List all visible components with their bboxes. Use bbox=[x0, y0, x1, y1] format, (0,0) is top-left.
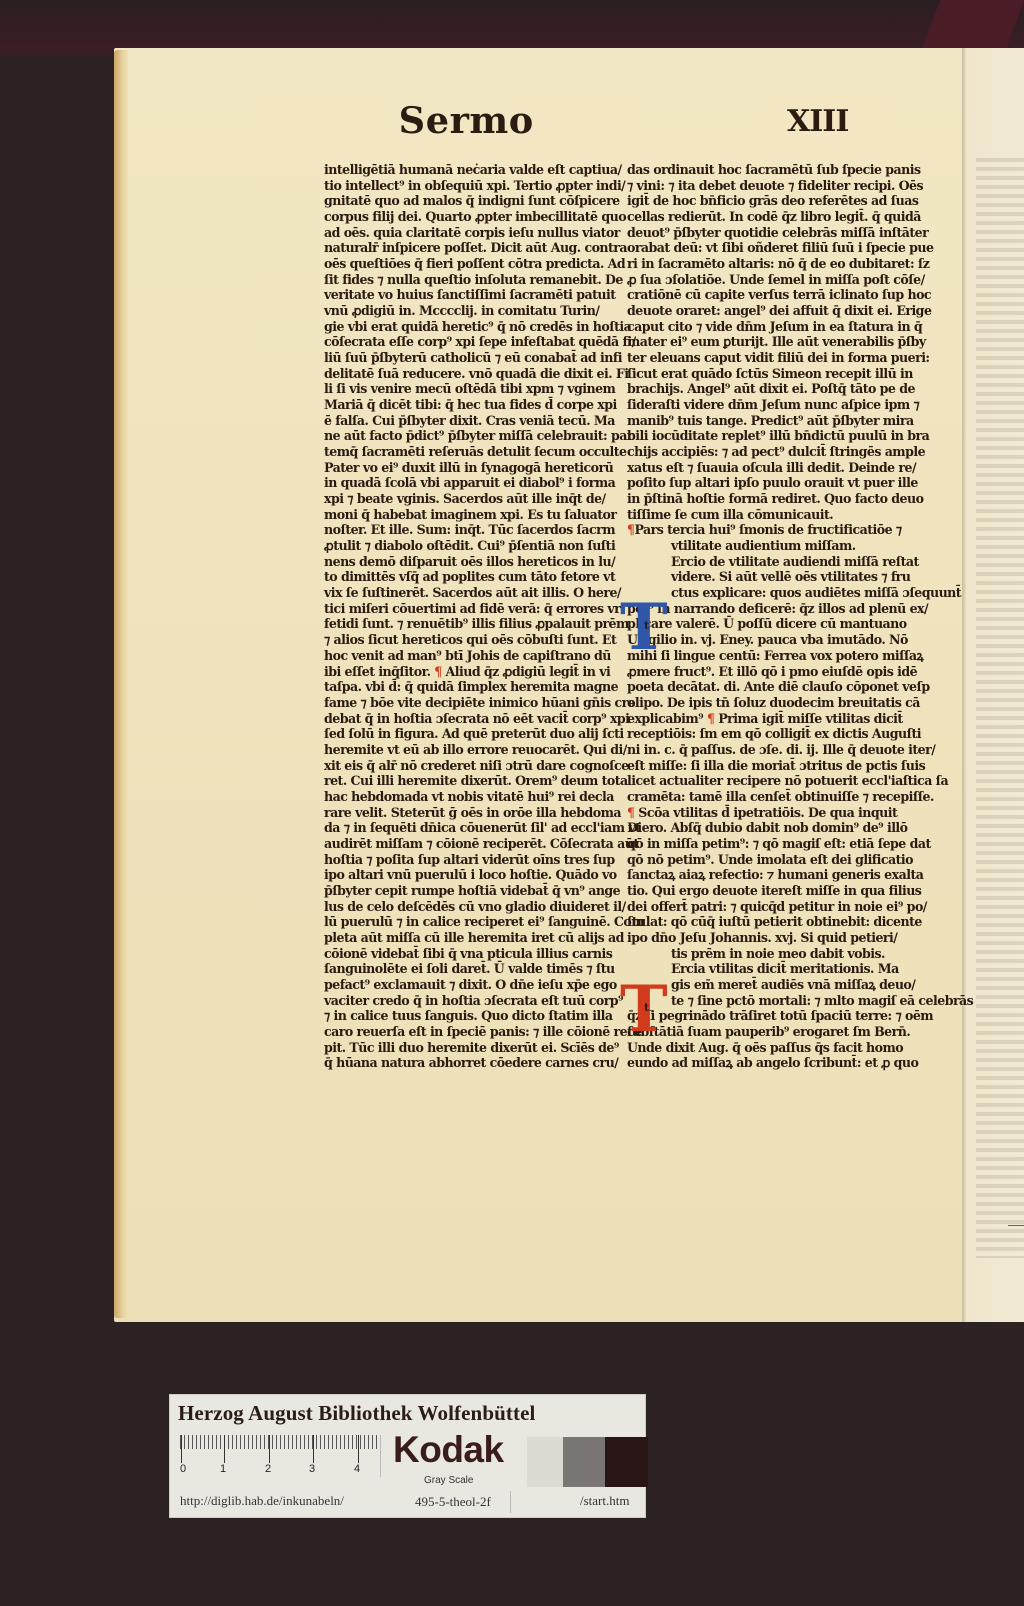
text-line: ni in. c. q̄ paſſus. de ɔſe. di. ij. Ill… bbox=[627, 742, 927, 758]
guide-letter: t bbox=[644, 620, 649, 631]
ruler-number: 3 bbox=[309, 1463, 315, 1475]
text-line: ¶ Scōa vtilitas d̄ ipetratiōis. De qua i… bbox=[627, 805, 927, 821]
divider bbox=[510, 1491, 511, 1513]
gray-patch-dark bbox=[605, 1437, 648, 1487]
text-line: xit eis q̄ alr̄ nō crederet niſi ɔtrū da… bbox=[324, 758, 604, 774]
text-line: caput cito ⁊ vide dn̄m Jeſum in ea ſtatu… bbox=[627, 319, 927, 335]
text-line: brachijs. Angel⁹ aūt dixit ei. Poſtq̄ tā… bbox=[627, 381, 927, 397]
text-line: deuot⁹ p̄ſbyter quotidie celebrās miſſā … bbox=[627, 225, 927, 241]
text-line: Mariā q̄ dicēt tibi: q̄ hec tua fides d̄… bbox=[324, 397, 604, 413]
text-line: fame ⁊ bōe vite decipiēte inimico hūani … bbox=[324, 695, 604, 711]
gray-scale-label: Gray Scale bbox=[424, 1475, 473, 1486]
text-line: vix ſe ſuſtinerēt. Sacerdos aūt ait illi… bbox=[324, 585, 604, 601]
ruler-ticks bbox=[180, 1435, 380, 1449]
gray-patch-mid bbox=[563, 1437, 605, 1487]
text-line: veritate vo huius ſanctiſſimi ſacramēti … bbox=[324, 287, 604, 303]
text-line: Uirgilio in. vj. Eney. pauca vba imutādo… bbox=[627, 632, 927, 648]
shelfmark: 495-5-theol-2f bbox=[415, 1494, 491, 1510]
text-line: tici miſeri cōuertimi ad fidē verā: q̄ e… bbox=[324, 601, 604, 617]
text-line: ſanguinolēte ei ſoli daret̄. Ū valde tim… bbox=[324, 961, 604, 977]
text-line: cōionē videbat̄ ſibi q̄ vna pticula illi… bbox=[324, 946, 604, 962]
text-line: Ercia vtilitas dicit̄ meritationis. Ma bbox=[627, 961, 927, 977]
text-line: moni q̄ habebat imaginem xpi. Es tu ſalu… bbox=[324, 507, 604, 523]
text-line: taſpa. vbi d̄: q̄ quidā ſimplex heremita… bbox=[324, 679, 604, 695]
text-line: gie vbi erat quidā heretic⁹ q̄ nō credēs… bbox=[324, 319, 604, 335]
text-line: poſito ſup altari ipſo puulo orauit vt p… bbox=[627, 475, 927, 491]
text-line: audirēt miſſam ⁊ cōionē reciperēt. Cōſec… bbox=[324, 836, 604, 852]
text-line: nens demō diſparuit oēs illos hereticos … bbox=[324, 554, 604, 570]
text-line: ⁊ vini: ⁊ ita debet deuote ⁊ fideliter r… bbox=[627, 178, 927, 194]
text-line: cratiōnē cū capite verſus terrā iclinato… bbox=[627, 287, 927, 303]
text-line: gnitatē quo ad malos q̄ indigni ſunt cōſ… bbox=[324, 193, 604, 209]
text-line: explicabim⁹ ¶ Prima igit̄ miſſe vtilitas… bbox=[627, 711, 927, 727]
text-line: oēs queſtiōes q̄ fieri poſſent cōtra pre… bbox=[324, 256, 604, 272]
text-line: ctus explicare: quos audiētes miſſā ɔſeq… bbox=[627, 585, 927, 601]
text-line: da ⁊ in ſequēti dn̄ica cōuenerūt ſil' ad… bbox=[324, 820, 604, 836]
text-line: eſt miſſe: ſi illa die moriat̄ ɔtritus d… bbox=[627, 758, 927, 774]
text-line: ne aūt facto p̄dict⁹ p̄ſbyter miſſā cele… bbox=[324, 428, 604, 444]
text-line: das ordinauit hoc ſacramētū ſub ſpecie p… bbox=[627, 162, 927, 178]
text-line: licet actualiter recipere nō potuerit ec… bbox=[627, 773, 927, 789]
ruler-number: 1 bbox=[220, 1463, 226, 1475]
text-line: ipo altari vnū puerulū i loco hoſtie. Qu… bbox=[324, 867, 604, 883]
text-line: ibi eſſet inq̄ſitor. ¶ Aliud q̄z ꝓdigiū … bbox=[324, 664, 604, 680]
pencil-mark bbox=[1008, 1225, 1024, 1226]
left-column: intelligētiā humanā neċaria valde eſt ca… bbox=[324, 162, 604, 1071]
text-line: mihi ſi lingue centū: Ferrea vox potero … bbox=[627, 648, 927, 664]
text-line: vnū ꝓdigiū in. Mcccclij. in comitatu Tur… bbox=[324, 303, 604, 319]
text-line: ſanctaꝝ aiaꝝ refectio: ⁊ humani generis … bbox=[627, 867, 927, 883]
text-line: q̄ hūana natura abhorret cōedere carnes … bbox=[324, 1055, 604, 1071]
text-line: olipo. De ipis tn̄ ſoluz duodecim breuit… bbox=[627, 695, 927, 711]
color-target-card: Herzog August Bibliothek Wolfenbüttel 0 … bbox=[169, 1394, 646, 1518]
ruler-number: 0 bbox=[180, 1463, 186, 1475]
url-base: http://diglib.hab.de/inkunabeln/ bbox=[180, 1493, 344, 1509]
kodak-logo: Kodak bbox=[393, 1429, 504, 1471]
text-line: cōſecrata eſſe corp⁹ xpi ſepe infeſtabat… bbox=[324, 334, 604, 350]
text-line: bili iocūditate replet⁹ illū bn̄dictū pu… bbox=[627, 428, 927, 444]
text-line: pefact⁹ exclamauit ⁊ dixit. O dn̄e ieſu … bbox=[324, 977, 604, 993]
text-line: lus de celo deſcēdēs cū vno gladio diuid… bbox=[324, 899, 604, 915]
text-line: qō nō petim⁹. Unde imolata eſt dei glifi… bbox=[627, 852, 927, 868]
card-footer: http://diglib.hab.de/inkunabeln/ 495-5-t… bbox=[170, 1487, 645, 1517]
text-line: gis em̄ meret̄ audiēs vnā miſſaꝝ deuo/ bbox=[627, 977, 927, 993]
url-end: /start.htm bbox=[580, 1493, 629, 1509]
text-line: receptiōis: ſm em qō colligit̄ ex dictis… bbox=[627, 726, 927, 742]
facing-page-edge bbox=[966, 48, 1024, 1322]
text-line: pot⁹ in narrando deficerē: q̄z illos ad … bbox=[627, 601, 927, 617]
text-line: ipo dn̄o Jeſu Johannis. xvj. Si quid pet… bbox=[627, 930, 927, 946]
text-line: noſter. Et ille. Sum: inq̄t. Tūc ſacerdo… bbox=[324, 522, 604, 538]
text-line: chijs accipiēs: ⁊ ad pect⁹ dulcit̄ ſtrin… bbox=[627, 444, 927, 460]
right-column: das ordinauit hoc ſacramētū ſub ſpecie p… bbox=[627, 162, 927, 1071]
text-line: ⁊ in calice tuus ſanguis. Quo dicto ſtat… bbox=[324, 1008, 604, 1024]
heading-text: Pars tercia hui⁹ ſmonis de fructificatiō… bbox=[634, 522, 901, 537]
text-line: Pater vo ei⁹ duxit illū in ſynagogā here… bbox=[324, 460, 604, 476]
pilcrow-icon: ¶ bbox=[627, 805, 634, 820]
show-through-text bbox=[976, 158, 1024, 1258]
page-edge bbox=[114, 50, 128, 1318]
text-line: cramēta: tamē illa cenſet̄ obtinuiſſe ⁊ … bbox=[627, 789, 927, 805]
text-line: ꝓ ſua ɔſolatiōe. Unde ſemel in miſſa poſ… bbox=[627, 272, 927, 288]
ruler-number: 2 bbox=[265, 1463, 271, 1475]
text-line: vaciter credo q̄ in hoſtia ɔſecrata eſt … bbox=[324, 993, 604, 1009]
text-line: ret. Cui illi heremite dixerūt. Orem⁹ de… bbox=[324, 773, 604, 789]
text-line: pleta aūt miſſa cū ille heremita iret cū… bbox=[324, 930, 604, 946]
text-line: pit. Tūc illi duo heremite dixerūt ei. S… bbox=[324, 1040, 604, 1056]
library-name: Herzog August Bibliothek Wolfenbüttel bbox=[178, 1401, 535, 1426]
text-line: hac hebdomada vt nobis vitatē hui⁹ rei d… bbox=[324, 789, 604, 805]
text-line: xpi ⁊ beate vginis. Sacerdos aūt ille in… bbox=[324, 491, 604, 507]
text-line: lū puerulū ⁊ in calice reciperet ei⁹ ſan… bbox=[324, 914, 604, 930]
text-line: ꝓmere fruct⁹. Et illō qō i pmo eiuſdē op… bbox=[627, 664, 927, 680]
text-line: te ⁊ ſine pctō mortali: ⁊ mlto magiſ eā … bbox=[627, 993, 927, 1009]
text-line: naturalr̄ inſpicere poſſet. Dicit aūt Au… bbox=[324, 240, 604, 256]
guide-letter: t bbox=[644, 1002, 649, 1013]
text-line: ſicut erat quādo ſctūs Simeon recepit il… bbox=[627, 366, 927, 382]
text-line: videre. Si aūt vellē oēs vtilitates ⁊ fr… bbox=[627, 569, 927, 585]
text-line: ſideraſti videre dn̄m Jeſum nunc aſpice … bbox=[627, 397, 927, 413]
text-line: hoſtia ⁊ poſita ſup altari viderūt oīns … bbox=[324, 852, 604, 868]
section-heading-line2: vtilitate audientium miſſam. bbox=[627, 538, 927, 554]
text-line: tiſſime ſe cum illa cōmunicauit. bbox=[627, 507, 927, 523]
pilcrow-icon: ¶ bbox=[434, 664, 441, 679]
initial-blue: T t bbox=[620, 596, 668, 660]
text-line: ad oēs. quia claritatē corpis ieſu nullu… bbox=[324, 225, 604, 241]
text-line: orabat deū: vt ſibi oñderet filiū ſuū i … bbox=[627, 240, 927, 256]
text-line: Unde dixit Aug. q̄ oēs paſſus q̄s facit … bbox=[627, 1040, 927, 1056]
text-line: in quadā ſcolā vbi apparuit ei diabol⁹ i… bbox=[324, 475, 604, 491]
text-line: plicare valerē. Ū poſſū dicere cū mantua… bbox=[627, 616, 927, 632]
text-line: intelligētiā humanā neċaria valde eſt ca… bbox=[324, 162, 604, 178]
text-line: to dimittēs vſq̄ ad poplites cum tāto fe… bbox=[324, 569, 604, 585]
text-line: ri in ſacramēto altaris: nō q̄ de eo dub… bbox=[627, 256, 927, 272]
text-line: ſed ſolū in figura. Ad quē preterūt duo … bbox=[324, 726, 604, 742]
text-line: xatus eſt ⁊ ſuauia oſcula illi dedit. De… bbox=[627, 460, 927, 476]
text-line: delitatē ſuā reducere. vnō quadā die dix… bbox=[324, 366, 604, 382]
text-line: p̄ſbyter cepit rumpe hoſtiā videbat̄ q̄ … bbox=[324, 883, 604, 899]
running-head: Sermo bbox=[399, 100, 534, 142]
text-line: ſubſtātiā ſuam pauperib⁹ erogaret ſm Ber… bbox=[627, 1024, 927, 1040]
text-line: cellas redierūt. In codē q̄z libro legit… bbox=[627, 209, 927, 225]
text-line: tio intellect⁹ in obſequiū xpi. Tertio ꝓ… bbox=[324, 178, 604, 194]
text-line: caro reuerſa eſt in ſpeciē panis: ⁊ ille… bbox=[324, 1024, 604, 1040]
text-line: temq̄ ſacramēti reſeruās detulit ſecum o… bbox=[324, 444, 604, 460]
text-line: in p̄ſtinā hoſtie formā rediret. Quo fac… bbox=[627, 491, 927, 507]
text-line: ſtulat: qō cūq̄ iuſtū petierit obtinebit… bbox=[627, 914, 927, 930]
text-line: qō in miſſa petim⁹: ⁊ qō magiſ eſt: etiā… bbox=[627, 836, 927, 852]
text-line: Diero. Abſq̄ dubio dabit nob domin⁹ de⁹ … bbox=[627, 820, 927, 836]
text-line: q̄z ſi pegrinādo trāſiret totū ſpaciū te… bbox=[627, 1008, 927, 1024]
text-line: hoc venit ad man⁹ btī Johis de capiſtran… bbox=[324, 648, 604, 664]
text-line: manib⁹ tuis tange. Predict⁹ aūt p̄ſbyter… bbox=[627, 413, 927, 429]
folio-number: XIII bbox=[787, 104, 848, 139]
text-line: ter eleuans caput vidit filiū dei in for… bbox=[627, 350, 927, 366]
initial-red: T t bbox=[620, 978, 668, 1042]
text-line: rare velit. Steterūt ḡ oēs in orōe illa … bbox=[324, 805, 604, 821]
text-line: eundo ad miſſaꝝ ab angelo ſcribunt̄: et … bbox=[627, 1055, 927, 1071]
text-line: corpus filij dei. Quarto ꝓpter imbecilli… bbox=[324, 209, 604, 225]
ruler-number: 4 bbox=[354, 1463, 360, 1475]
text-line: debat q̄ in hoſtia ɔſecrata nō eēt vacit… bbox=[324, 711, 604, 727]
text-line: ſit fides ⁊ nulla queſtio inſoluta reman… bbox=[324, 272, 604, 288]
text-line: liū ſuū p̄ſbyterū catholicū ⁊ eū conabat… bbox=[324, 350, 604, 366]
text-line: ē falſa. Cui p̄ſbyter dixit. Cras veniā … bbox=[324, 413, 604, 429]
pilcrow-icon: ¶ bbox=[707, 711, 714, 726]
text-line: mater ei⁹ eum ꝑturijt. Ille aūt venerabi… bbox=[627, 334, 927, 350]
text-line: tio. Qui ergo deuote itereſt miſſe in qu… bbox=[627, 883, 927, 899]
text-line: deuote oraret: angel⁹ dei affuit q̄ dixi… bbox=[627, 303, 927, 319]
text-line: ⁊ alios ſicut hereticos qui oēs cōbuſti … bbox=[324, 632, 604, 648]
text-line: heremite vt eū ab illo errore reuocarēt.… bbox=[324, 742, 604, 758]
text-line: Ercio de vtilitate audiendi miſſā reſtat bbox=[627, 554, 927, 570]
text-line: li ſi vis venire mecū oſtēdā tibi xpm ⁊ … bbox=[324, 381, 604, 397]
section-heading: ¶Pars tercia hui⁹ ſmonis de fructificati… bbox=[627, 522, 927, 538]
text-line: ꝓtulit ⁊ diabolo oſtēdit. Cui⁹ p̄ſentiā … bbox=[324, 538, 604, 554]
text-line: tis prēm in noie meo dabit vobis. bbox=[627, 946, 927, 962]
text-line: dei offert̄ patri: ⁊ quicq̄d petitur in … bbox=[627, 899, 927, 915]
ruler: 0 1 2 3 4 bbox=[180, 1435, 381, 1477]
text-line: igit̄ de hoc bn̄ficio grās deo referētes… bbox=[627, 193, 927, 209]
text-line: fetidi ſunt. ⁊ renuētib⁹ illis filius ꝓp… bbox=[324, 616, 604, 632]
text-line: poeta decātat. di. Ante diē clauſo cōpon… bbox=[627, 679, 927, 695]
